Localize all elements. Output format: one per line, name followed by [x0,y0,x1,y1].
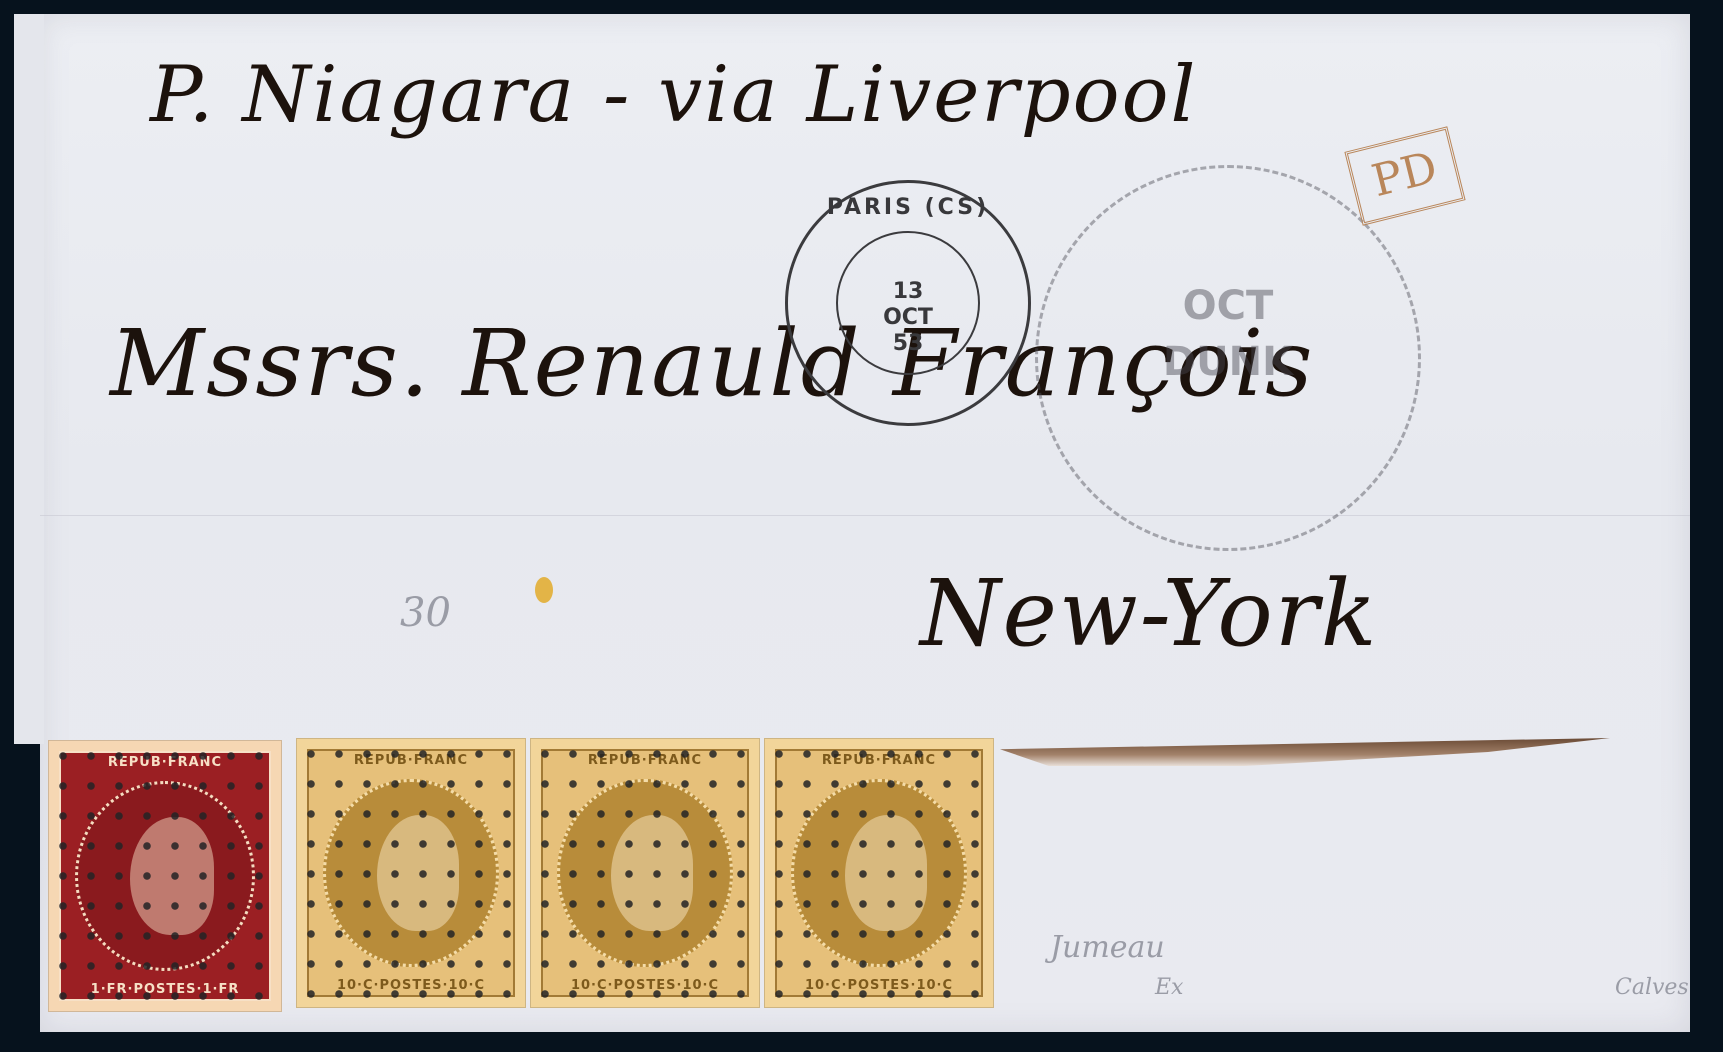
lozenge-cancel [297,739,525,1007]
routing-instruction: P. Niagara - via Liverpool [150,50,1198,140]
destination-city: New-York [920,560,1379,667]
cover-flap [14,14,44,744]
lozenge-cancel [531,739,759,1007]
postmark-month: OCT [838,305,978,331]
stamp-10c-napoleon: REPUB·FRANC 10·C·POSTES·10·C [296,738,526,1008]
postmark-year: 53 [838,331,978,357]
postmark-day: 13 [838,279,978,305]
stamp-1fr-ceres: REPUB·FRANC 1·FR·POSTES·1·FR [48,740,282,1012]
postmark-inner-ring: 13 OCT 53 [836,231,980,375]
stamp-10c-napoleon: REPUB·FRANC 10·C·POSTES·10·C [764,738,994,1008]
paris-datestamp: PARIS (CS) 13 OCT 53 [785,180,1031,426]
stamp-10c-napoleon: REPUB·FRANC 10·C·POSTES·10·C [530,738,760,1008]
lozenge-cancel [49,741,281,1011]
ink-stain [535,577,553,603]
pencil-rate-note: 30 [400,590,451,636]
lozenge-cancel [765,739,993,1007]
postmark-town: PARIS (CS) [788,195,1028,220]
faint-postmark-line: OCT [1038,278,1418,334]
pencil-signature: Jumeau [1050,930,1165,965]
pencil-expert-mark: Calves [1615,975,1689,1000]
pencil-ex-note: Ex [1155,975,1183,1000]
faint-postmark-line: DUNK [1038,334,1418,390]
fold-line [40,515,1690,516]
